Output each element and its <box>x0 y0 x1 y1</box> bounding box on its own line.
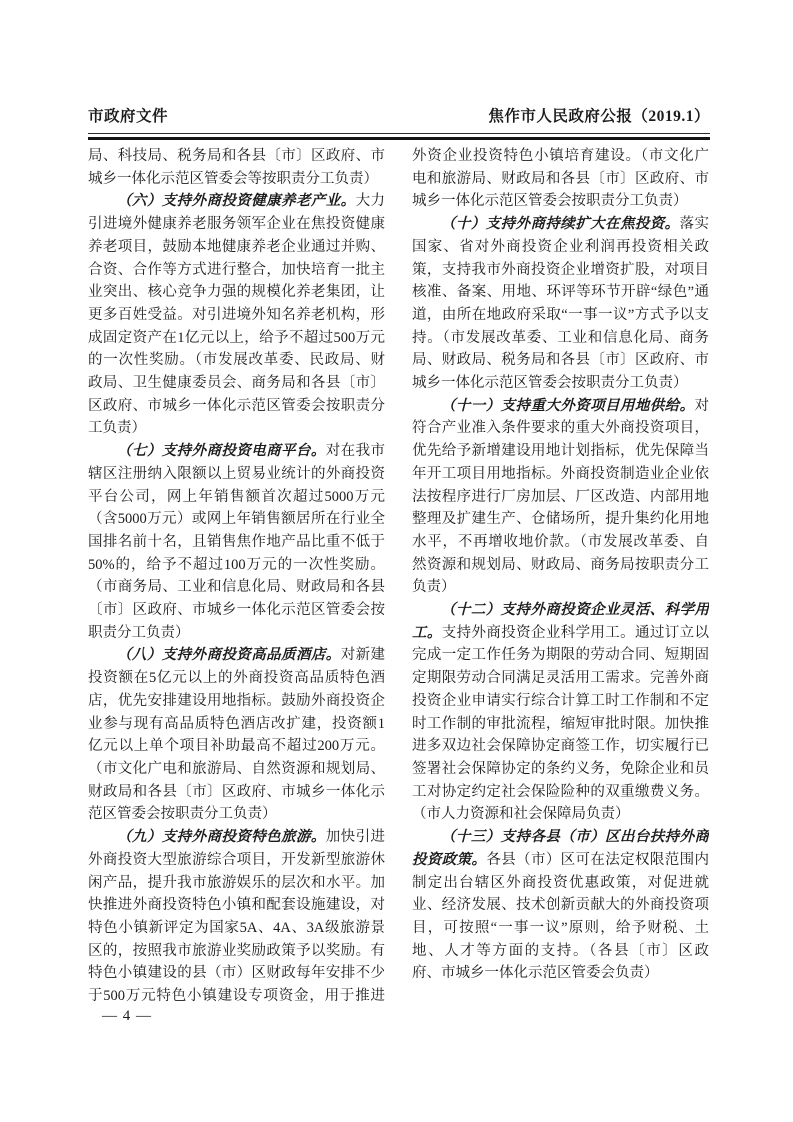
body-text: 对新建投资额在5亿元以上的外商投资高品质特色酒店，优先安排建设用地指标。鼓励外商… <box>88 647 385 822</box>
body-text: 对符合产业准入条件要求的重大外商投资项目，优先给予新增建设用地计划指标，优先保障… <box>412 398 709 596</box>
body-text: 对在我市辖区注册纳入限额以上贸易业统计的外商投资平台公司，网上年销售额首次超过5… <box>88 443 385 641</box>
body-text: 局、科技局、税务局和各县〔市〕区政府、市城乡一体化示范区管委会等按职责分工负责） <box>88 148 385 187</box>
paragraph: （八）支持外商投资高品质酒店。对新建投资额在5亿元以上的外商投资高品质特色酒店，… <box>88 644 385 826</box>
document-body: 局、科技局、税务局和各县〔市〕区政府、市城乡一体化示范区管委会等按职责分工负责）… <box>88 145 709 1011</box>
section-heading: （八）支持外商投资高品质酒店。 <box>117 647 341 663</box>
paragraph: （十）支持外商持续扩大在焦投资。落实国家、省对外商投资企业利润再投资相关政策，支… <box>412 213 709 395</box>
paragraph: 局、科技局、税务局和各县〔市〕区政府、市城乡一体化示范区管委会等按职责分工负责） <box>88 145 385 190</box>
paragraph: （十一）支持重大外资项目用地供给。对符合产业准入条件要求的重大外商投资项目，优先… <box>412 395 709 599</box>
body-text: 各县（市）区可在法定权限范围内制定出台辖区外商投资优惠政策，对促进就业、经济发展… <box>412 852 709 982</box>
header-left-title: 市政府文件 <box>88 104 168 126</box>
section-heading: （九）支持外商投资特色旅游。 <box>117 829 326 845</box>
header-right-title: 焦作市人民政府公报（2019.1） <box>488 104 710 126</box>
section-heading: （十）支持外商持续扩大在焦投资。 <box>441 216 680 232</box>
page-footer: — 4 — <box>102 1008 152 1025</box>
paragraph: （十三）支持各县（市）区出台扶持外商投资政策。各县（市）区可在法定权限范围内制定… <box>412 826 709 985</box>
paragraph: （七）支持外商投资电商平台。对在我市辖区注册纳入限额以上贸易业统计的外商投资平台… <box>88 440 385 644</box>
section-heading: （六）支持外商投资健康养老产业。 <box>117 193 356 209</box>
section-heading: （十一）支持重大外资项目用地供给。 <box>441 398 695 414</box>
header-rule-thick <box>88 137 710 140</box>
page-number: — 4 — <box>102 1008 152 1024</box>
gazette-page: 市政府文件 焦作市人民政府公报（2019.1） 局、科技局、税务局和各县〔市〕区… <box>0 0 793 1122</box>
paragraph: （六）支持外商投资健康养老产业。大力引进境外健康养老服务领军企业在焦投资健康养老… <box>88 190 385 440</box>
header-rule-thin <box>88 133 710 134</box>
paragraph: （十二）支持外商投资企业灵活、科学用工。支持外商投资企业科学用工。通过订立以完成… <box>412 599 709 826</box>
page-header: 市政府文件 焦作市人民政府公报（2019.1） <box>88 104 710 126</box>
section-heading: （七）支持外商投资电商平台。 <box>117 443 326 459</box>
body-text: 支持外商投资企业科学用工。通过订立以完成一定工作任务为期限的劳动合同、短期固定期… <box>412 625 709 823</box>
body-text: 大力引进境外健康养老服务领军企业在焦投资健康养老项目，鼓励本地健康养老企业通过并… <box>88 193 385 436</box>
body-text: 落实国家、省对外商投资企业利润再投资相关政策，支持我市外商投资企业增资扩股，对项… <box>412 216 709 391</box>
